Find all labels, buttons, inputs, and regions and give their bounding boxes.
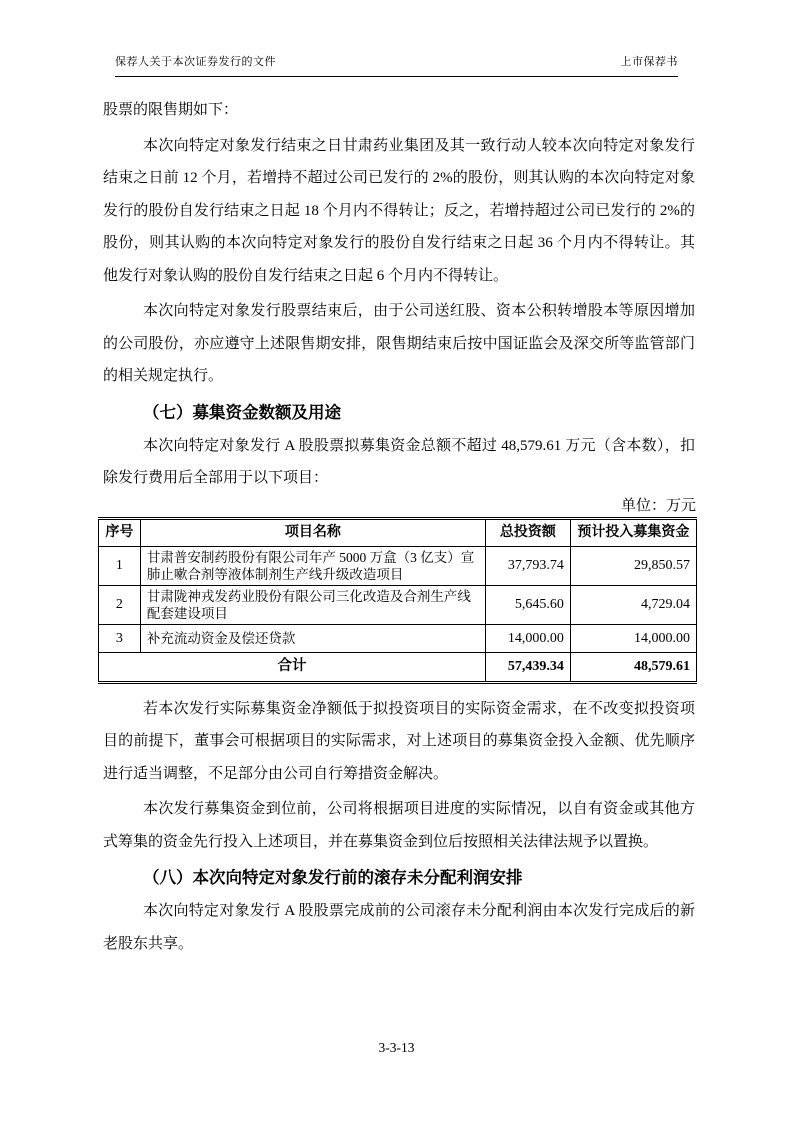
col-header-project-name: 项目名称 [140, 518, 485, 546]
row-1-project-name: 甘肃普安制药股份有限公司年产 5000 万盒（3 亿支）宣肺止嗽合剂等液体制剂生… [140, 546, 485, 585]
row-1-raised-funds: 29,850.57 [570, 546, 696, 585]
page-number: 3-3-13 [0, 1040, 793, 1056]
fundraising-projects-table: 序号 项目名称 总投资额 预计投入募集资金 1 甘肃普安制药股份有限公司年产 5… [98, 517, 697, 684]
paragraph-bridge-funding: 本次发行募集资金到位前，公司将根据项目进度的实际情况，以自有资金或其他方式筹集的… [98, 793, 697, 858]
row-1-total-investment: 37,793.74 [485, 546, 570, 585]
row-2-no: 2 [99, 585, 141, 624]
section-7-heading: （七）募集资金数额及用途 [98, 400, 697, 426]
table-unit-note: 单位：万元 [98, 497, 697, 515]
total-row-label: 合计 [99, 652, 486, 682]
paragraph-lockup-bonus-shares: 本次向特定对象发行股票结束后，由于公司送红股、资本公积转增股本等原因增加的公司股… [98, 295, 697, 393]
row-3-raised-funds: 14,000.00 [570, 624, 696, 652]
table-row: 2 甘肃陇神戎发药业股份有限公司三化改造及合剂生产线配套建设项目 5,645.6… [99, 585, 697, 624]
table-header-row: 序号 项目名称 总投资额 预计投入募集资金 [99, 518, 697, 546]
row-2-raised-funds: 4,729.04 [570, 585, 696, 624]
paragraph-lockup-rule: 本次向特定对象发行结束之日甘肃药业集团及其一致行动人较本次向特定对象发行结束之日… [98, 130, 697, 293]
col-header-no: 序号 [99, 518, 141, 546]
table-row: 1 甘肃普安制药股份有限公司年产 5000 万盒（3 亿支）宣肺止嗽合剂等液体制… [99, 546, 697, 585]
page-body: 股票的限售期如下： 本次向特定对象发行结束之日甘肃药业集团及其一致行动人较本次向… [0, 94, 793, 960]
paragraph-fund-adjustment: 若本次发行实际募集资金净额低于拟投资项目的实际资金需求，在不改变拟投资项目的前提… [98, 693, 697, 791]
spacer [98, 684, 697, 690]
row-3-project-name: 补充流动资金及偿还贷款 [140, 624, 485, 652]
col-header-total-investment: 总投资额 [485, 518, 570, 546]
running-header: 保荐人关于本次证券发行的文件 上市保荐书 [115, 0, 678, 77]
section-8-heading: （八）本次向特定对象发行前的滚存未分配利润安排 [98, 865, 697, 891]
row-2-project-name: 甘肃陇神戎发药业股份有限公司三化改造及合剂生产线配套建设项目 [140, 585, 485, 624]
row-3-no: 3 [99, 624, 141, 652]
running-header-left: 保荐人关于本次证券发行的文件 [115, 53, 276, 69]
total-row-raised-funds: 48,579.61 [570, 652, 696, 682]
running-header-right: 上市保荐书 [621, 53, 679, 69]
col-header-raised-funds: 预计投入募集资金 [570, 518, 696, 546]
row-1-no: 1 [99, 546, 141, 585]
document-page: 保荐人关于本次证券发行的文件 上市保荐书 股票的限售期如下： 本次向特定对象发行… [0, 0, 793, 1122]
paragraph-lockup-intro: 股票的限售期如下： [98, 94, 697, 127]
table-total-row: 合计 57,439.34 48,579.61 [99, 652, 697, 682]
paragraph-raise-total: 本次向特定对象发行 A 股股票拟募集资金总额不超过 48,579.61 万元（含… [98, 430, 697, 495]
total-row-total-investment: 57,439.34 [485, 652, 570, 682]
row-2-total-investment: 5,645.60 [485, 585, 570, 624]
table-row: 3 补充流动资金及偿还贷款 14,000.00 14,000.00 [99, 624, 697, 652]
paragraph-retained-profit: 本次向特定对象发行 A 股股票完成前的公司滚存未分配利润由本次发行完成后的新老股… [98, 895, 697, 960]
row-3-total-investment: 14,000.00 [485, 624, 570, 652]
